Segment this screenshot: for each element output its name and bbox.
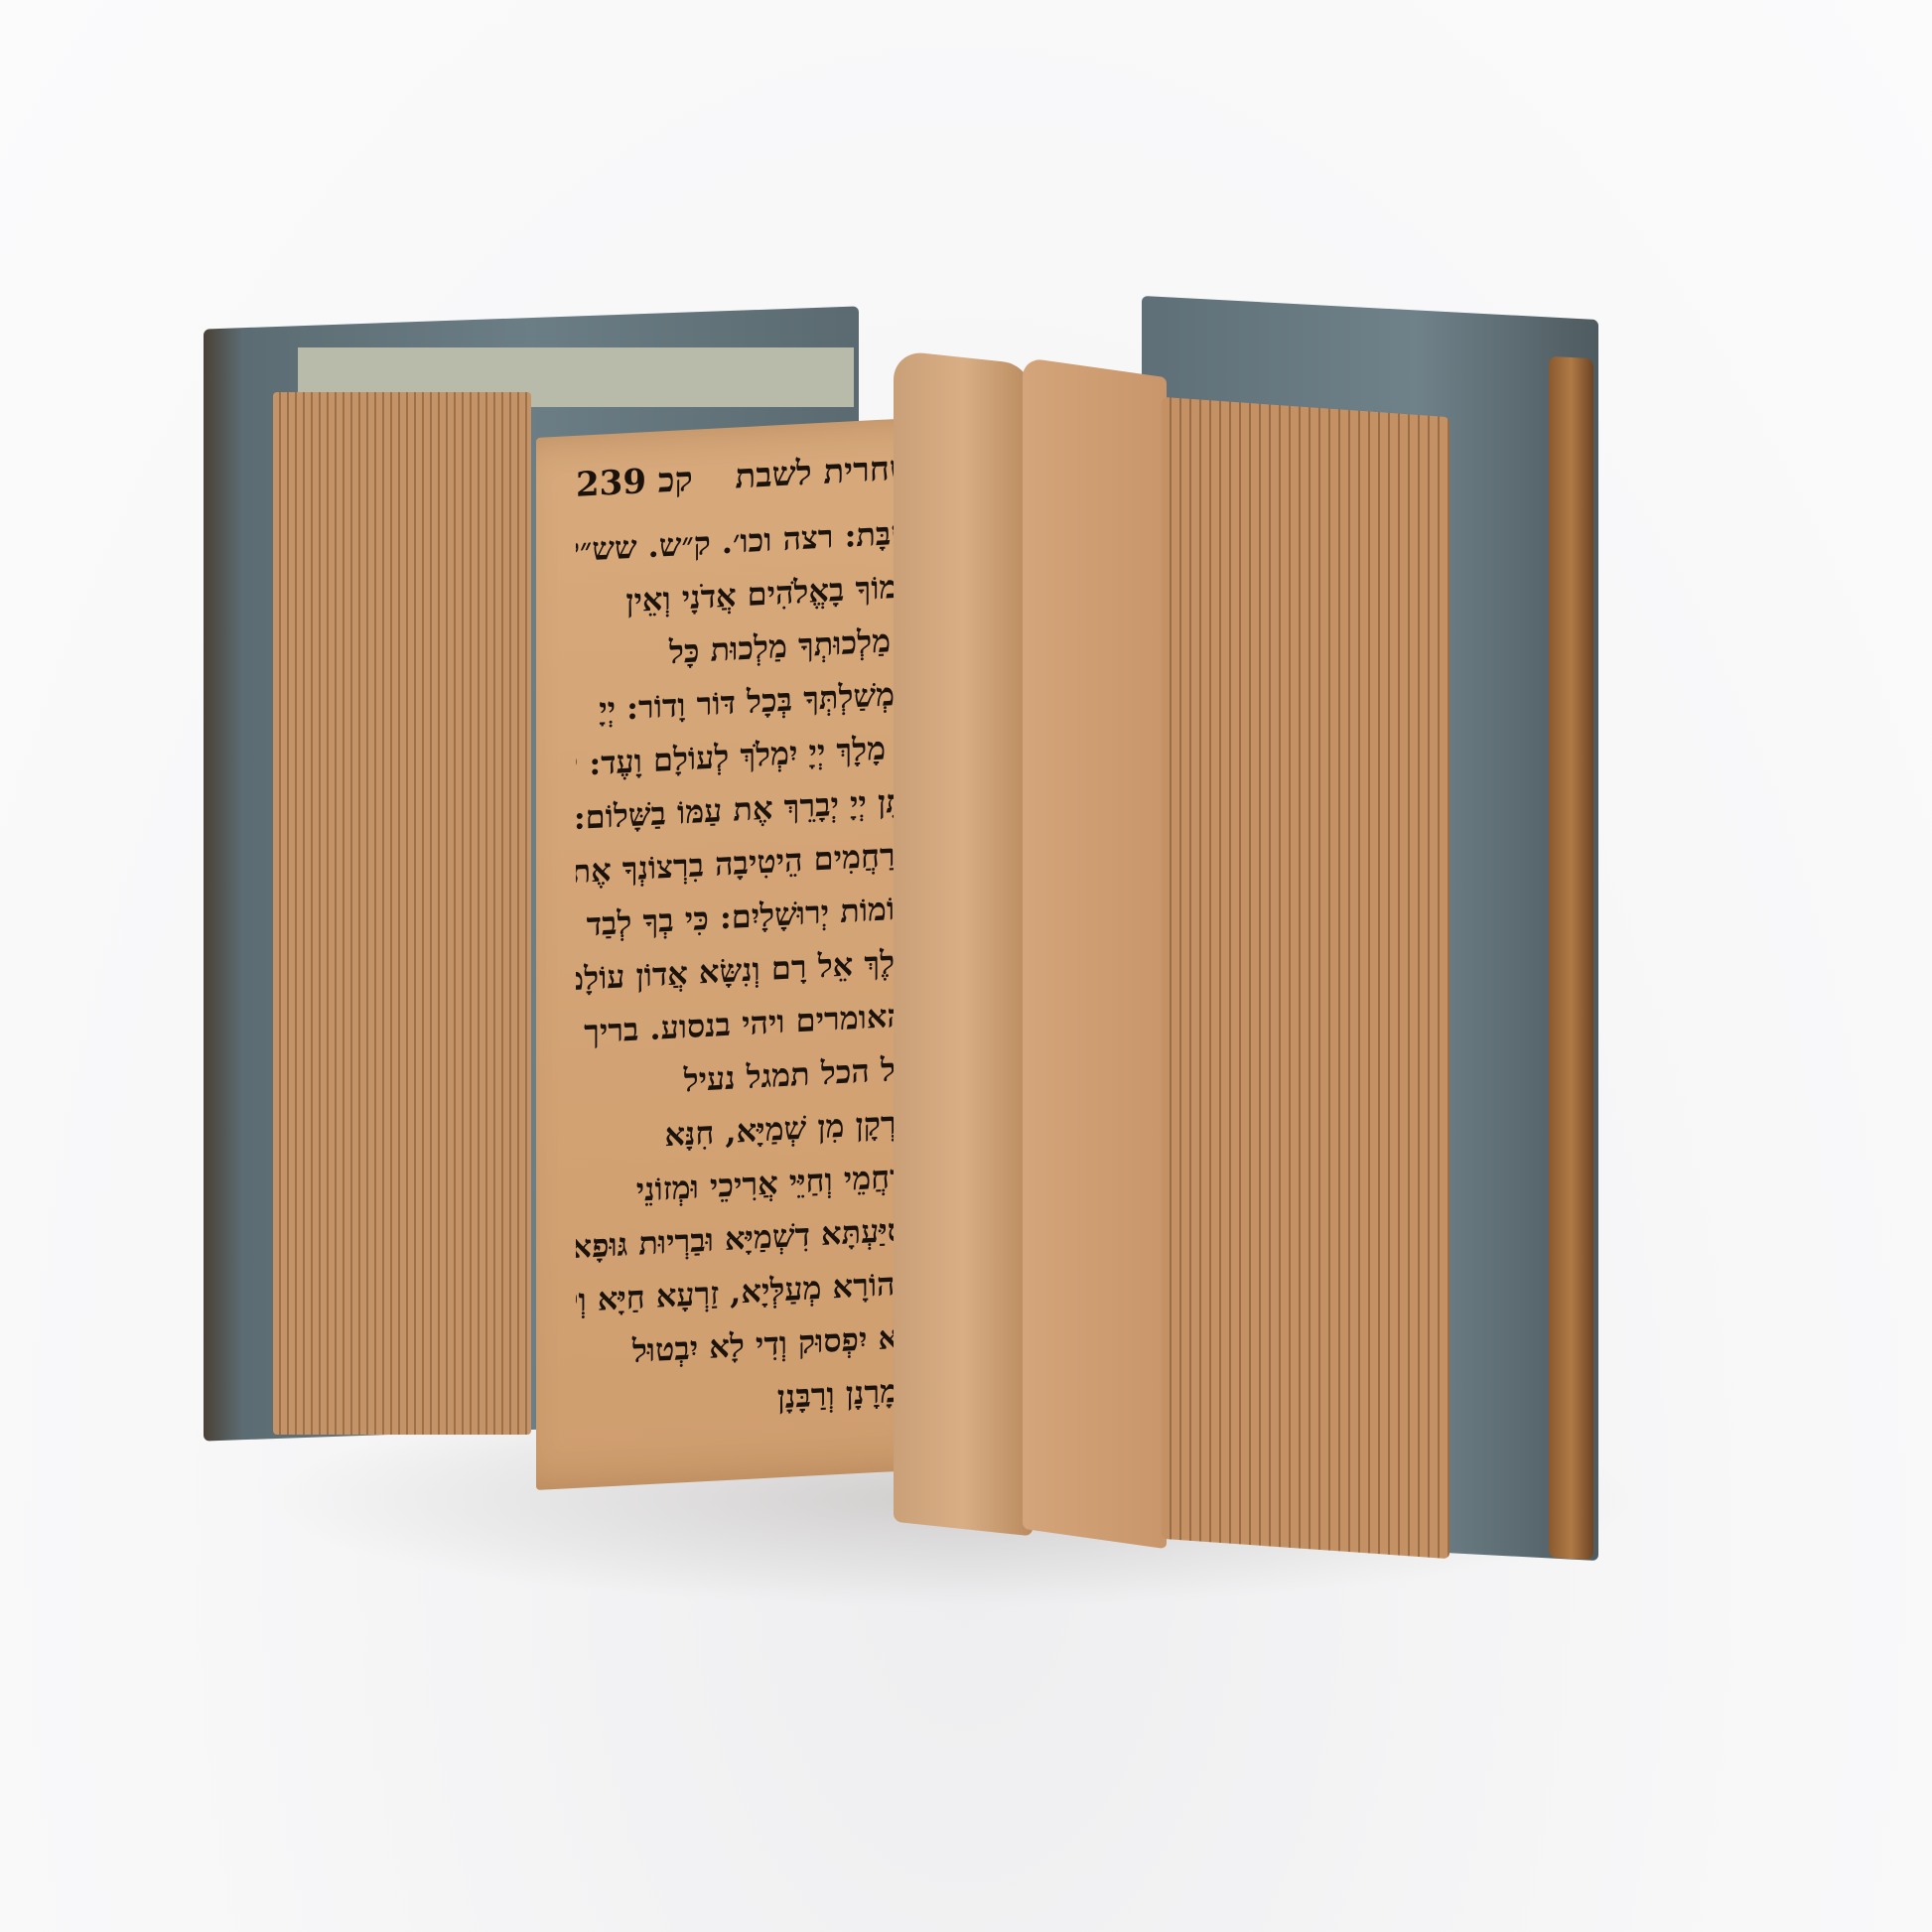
page-number-group: קכ 239 xyxy=(576,460,693,505)
page-header: שחרית לשבת קכ 239 xyxy=(576,448,913,505)
left-page-block xyxy=(273,392,531,1435)
page-number: 239 xyxy=(576,462,646,505)
fanned-pages xyxy=(894,350,1033,1537)
open-page: שחרית לשבת קכ 239 שַׁבָּת: רצה וכו׳. ק״ש… xyxy=(536,416,953,1490)
page-number-hebrew: קכ xyxy=(658,460,693,501)
running-title: שחרית לשבת xyxy=(736,448,913,496)
right-page-block xyxy=(1162,397,1449,1559)
book-cover-edge xyxy=(1549,356,1593,1560)
right-page xyxy=(1023,357,1167,1549)
